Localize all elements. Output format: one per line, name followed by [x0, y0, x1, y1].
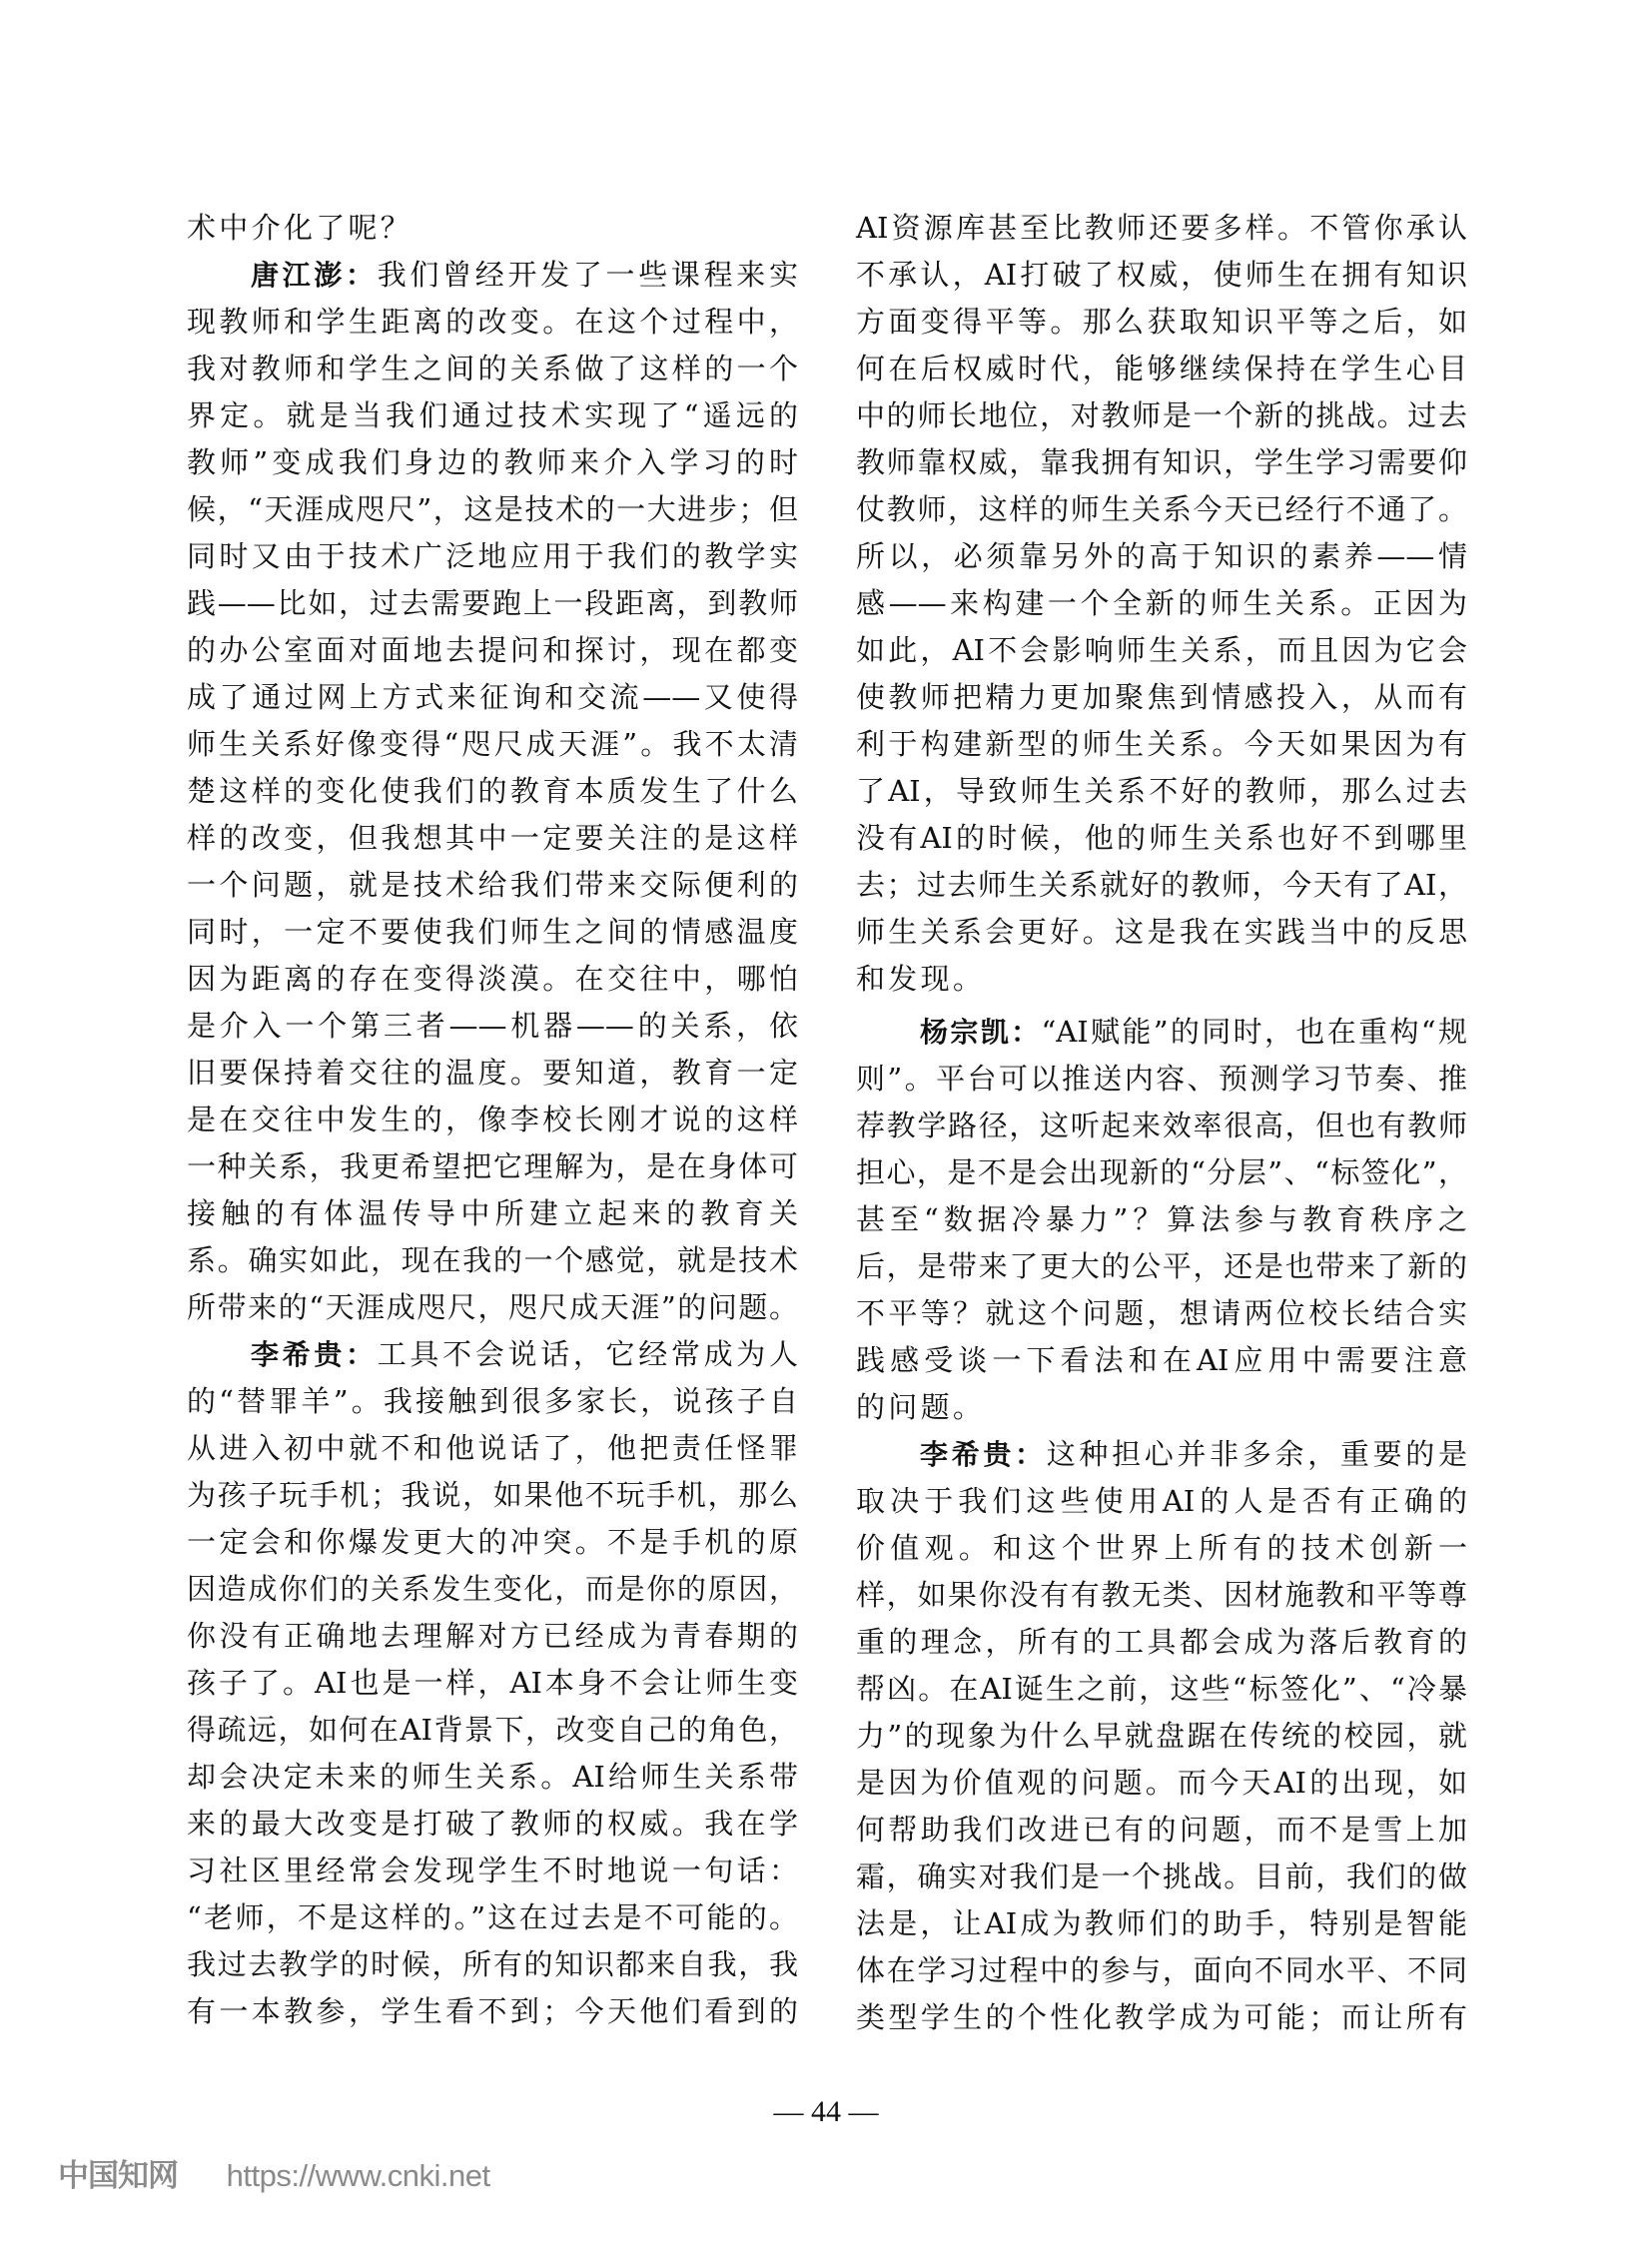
text-line: 是因为价值观的问题。而今天AI的出现，如 [856, 1760, 1467, 1807]
line-text: 却会决定未来的师生关系。AI给师生关系带 [187, 1760, 798, 1794]
text-line: 教师”变成我们身边的教师来介入学习的时 [187, 439, 798, 486]
text-line: 术中介化了呢？ [187, 205, 798, 252]
line-text: 是介入一个第三者——机器——的关系，依 [187, 1009, 798, 1043]
text-line: 后，是带来了更大的公平，还是也带来了新的 [856, 1243, 1467, 1290]
line-text: 则”。平台可以推送内容、预测学习节奏、推 [856, 1062, 1467, 1096]
text-line: 有一本教参，学生看不到；今天他们看到的 [187, 1988, 798, 2035]
text-line: 一定会和你爆发更大的冲突。不是手机的原 [187, 1519, 798, 1566]
line-text: 一定会和你爆发更大的冲突。不是手机的原 [187, 1525, 798, 1559]
text-line: 不承认，AI打破了权威，使师生在拥有知识 [856, 252, 1467, 299]
line-text: 我对教师和学生之间的关系做了这样的一个 [187, 352, 798, 385]
text-line: 楚这样的变化使我们的教育本质发生了什么 [187, 768, 798, 815]
text-line: 去；过去师生关系就好的教师，今天有了AI， [856, 862, 1467, 909]
line-text: 得疏远，如何在AI背景下，改变自己的角色， [187, 1713, 798, 1747]
line-text: 霜，确实对我们是一个挑战。目前，我们的做 [856, 1860, 1467, 1893]
text-line: 现教师和学生距离的改变。在这个过程中， [187, 299, 798, 346]
page-number: — 44 — [769, 2095, 883, 2129]
text-line: 系。确实如此，现在我的一个感觉，就是技术 [187, 1237, 798, 1284]
line-text: 师生关系好像变得“咫尺成天涯”。我不太清 [187, 727, 798, 761]
line-text: 候，“天涯成咫尺”，这是技术的一大进步；但 [187, 492, 798, 526]
text-line: 使教师把精力更加聚焦到情感投入，从而有 [856, 674, 1467, 721]
text-line: 我过去教学的时候，所有的知识都来自我，我 [187, 1941, 798, 1988]
line-text: 何帮助我们改进已有的问题，而不是雪上加 [856, 1813, 1467, 1847]
line-text: 界定。就是当我们通过技术实现了“遥远的 [187, 398, 798, 432]
text-line: 师生关系会更好。这是我在实践当中的反思 [856, 909, 1467, 956]
text-line: 我对教师和学生之间的关系做了这样的一个 [187, 346, 798, 392]
line-text: 你没有正确地去理解对方已经成为青春期的 [187, 1619, 798, 1653]
text-line: 候，“天涯成咫尺”，这是技术的一大进步；但 [187, 486, 798, 533]
line-text: 力”的现象为什么早就盘踞在传统的校园，就 [856, 1719, 1467, 1753]
text-line: 的“替罪羊”。我接触到很多家长，说孩子自 [187, 1378, 798, 1425]
text-line: 所带来的“天涯成咫尺，咫尺成天涯”的问题。 [187, 1284, 798, 1331]
text-line: 取决于我们这些使用AI的人是否有正确的 [856, 1478, 1467, 1525]
text-line: 践感受谈一下看法和在AI应用中需要注意 [856, 1337, 1467, 1384]
line-text: 有一本教参，学生看不到；今天他们看到的 [187, 1994, 798, 2028]
line-text: 楚这样的变化使我们的教育本质发生了什么 [187, 774, 798, 808]
text-line: 同时又由于技术广泛地应用于我们的教学实 [187, 533, 798, 580]
line-text: 是因为价值观的问题。而今天AI的出现，如 [856, 1766, 1467, 1800]
text-line: 来的最大改变是打破了教师的权威。我在学 [187, 1801, 798, 1848]
text-line: 同时，一定不要使我们师生之间的情感温度 [187, 909, 798, 956]
line-text: 践——比如，过去需要跑上一段距离，到教师 [187, 586, 798, 620]
line-text: 是在交往中发生的，像李校长刚才说的这样 [187, 1103, 798, 1136]
text-line: 力”的现象为什么早就盘踞在传统的校园，就 [856, 1713, 1467, 1760]
text-line: 样的改变，但我想其中一定要关注的是这样 [187, 815, 798, 862]
text-line: 法是，让AI成为教师们的助手，特别是智能 [856, 1900, 1467, 1947]
paragraph-start-line: 李希贵：这种担心并非多余，重要的是 [856, 1431, 1467, 1478]
text-line: 帮凶。在AI诞生之前，这些“标签化”、“冷暴 [856, 1666, 1467, 1713]
text-line: 为孩子玩手机；我说，如果他不玩手机，那么 [187, 1472, 798, 1519]
line-text: 因为距离的存在变得淡漠。在交往中，哪怕 [187, 962, 798, 996]
text-line: 践——比如，过去需要跑上一段距离，到教师 [187, 580, 798, 627]
text-line: 中的师长地位，对教师是一个新的挑战。过去 [856, 392, 1467, 439]
text-line: 不平等？就这个问题，想请两位校长结合实 [856, 1290, 1467, 1337]
text-line: 荐教学路径，这听起来效率很高，但也有教师 [856, 1103, 1467, 1149]
speaker-name: 杨宗凯： [920, 1016, 1041, 1049]
watermark-url-link[interactable]: https://www.cnki.net [227, 2158, 490, 2193]
line-text: 孩子了。AI也是一样，AI本身不会让师生变 [187, 1666, 798, 1700]
text-line: 一个问题，就是技术给我们带来交际便利的 [187, 862, 798, 909]
text-line: 重的理念，所有的工具都会成为落后教育的 [856, 1619, 1467, 1666]
watermark-site-name: 中国知网 [58, 2158, 178, 2193]
line-text: 旧要保持着交往的温度。要知道，教育一定 [187, 1056, 798, 1090]
text-line: 因造成你们的关系发生变化，而是你的原因， [187, 1566, 798, 1613]
line-text: 践感受谈一下看法和在AI应用中需要注意 [856, 1343, 1467, 1377]
speaker-name: 李希贵： [920, 1438, 1047, 1471]
line-text: 没有AI的时候，他的师生关系也好不到哪里 [856, 821, 1467, 855]
text-line: 成了通过网上方式来征询和交流——又使得 [187, 674, 798, 721]
line-text: 仗教师，这样的师生关系今天已经行不通了。 [856, 492, 1467, 526]
line-text: 教师”变成我们身边的教师来介入学习的时 [187, 445, 798, 479]
text-line: 所以，必须靠另外的高于知识的素养——情 [856, 533, 1467, 580]
text-line: 何帮助我们改进已有的问题，而不是雪上加 [856, 1807, 1467, 1854]
line-text: 同时又由于技术广泛地应用于我们的教学实 [187, 539, 798, 573]
line-text: AI资源库甚至比教师还要多样。不管你承认 [856, 211, 1467, 245]
text-line: 从进入初中就不和他说话了，他把责任怪罪 [187, 1425, 798, 1472]
line-text: 这种担心并非多余，重要的是 [1047, 1437, 1467, 1471]
line-text: 的办公室面对面地去提问和探讨，现在都变 [187, 633, 798, 667]
text-line: 则”。平台可以推送内容、预测学习节奏、推 [856, 1056, 1467, 1103]
line-text: 工具不会说话，它经常成为人 [378, 1337, 798, 1371]
line-text: 后，是带来了更大的公平，还是也带来了新的 [856, 1249, 1467, 1283]
line-text: 样的改变，但我想其中一定要关注的是这样 [187, 821, 798, 855]
line-text: 法是，让AI成为教师们的助手，特别是智能 [856, 1906, 1467, 1940]
text-line: 的办公室面对面地去提问和探讨，现在都变 [187, 627, 798, 674]
text-line: 仗教师，这样的师生关系今天已经行不通了。 [856, 486, 1467, 533]
text-line: 你没有正确地去理解对方已经成为青春期的 [187, 1613, 798, 1660]
text-line: 方面变得平等。那么获取知识平等之后，如 [856, 299, 1467, 346]
text-line: 体在学习过程中的参与，面向不同水平、不同 [856, 1947, 1467, 1994]
text-line: 没有AI的时候，他的师生关系也好不到哪里 [856, 815, 1467, 862]
text-line: 是在交往中发生的，像李校长刚才说的这样 [187, 1097, 798, 1143]
line-text: “AI赋能”的同时，也在重构“规 [1041, 1015, 1467, 1049]
line-text: 取决于我们这些使用AI的人是否有正确的 [856, 1484, 1467, 1518]
paragraph-start-line: 李希贵：工具不会说话，它经常成为人 [187, 1331, 798, 1378]
text-line: 师生关系好像变得“咫尺成天涯”。我不太清 [187, 721, 798, 768]
line-text: 同时，一定不要使我们师生之间的情感温度 [187, 915, 798, 949]
text-line: 因为距离的存在变得淡漠。在交往中，哪怕 [187, 956, 798, 1003]
right-text-column: AI资源库甚至比教师还要多样。不管你承认不承认，AI打破了权威，使师生在拥有知识… [856, 205, 1467, 2041]
text-line: 和发现。 [856, 956, 1467, 1003]
line-text: 一个问题，就是技术给我们带来交际便利的 [187, 868, 798, 902]
line-text: 教师靠权威，靠我拥有知识，学生学习需要仰 [856, 445, 1467, 479]
line-text: 价值观。和这个世界上所有的技术创新一 [856, 1531, 1467, 1565]
text-line: 是介入一个第三者——机器——的关系，依 [187, 1003, 798, 1050]
line-text: 体在学习过程中的参与，面向不同水平、不同 [856, 1953, 1467, 1987]
line-text: 来的最大改变是打破了教师的权威。我在学 [187, 1807, 798, 1841]
text-line: 担心，是不是会出现新的“分层”、“标签化”， [856, 1149, 1467, 1196]
line-text: 所以，必须靠另外的高于知识的素养——情 [856, 539, 1467, 573]
text-line: 一种关系，我更希望把它理解为，是在身体可 [187, 1143, 798, 1190]
text-line: 价值观。和这个世界上所有的技术创新一 [856, 1525, 1467, 1572]
line-text: “老师，不是这样的。”这在过去是不可能的。 [187, 1900, 798, 1934]
text-line: 如此，AI不会影响师生关系，而且因为它会 [856, 627, 1467, 674]
text-line: 了AI，导致师生关系不好的教师，那么过去 [856, 768, 1467, 815]
paragraph-start-line: 杨宗凯：“AI赋能”的同时，也在重构“规 [856, 1009, 1467, 1056]
text-line: 得疏远，如何在AI背景下，改变自己的角色， [187, 1707, 798, 1754]
text-line: “老师，不是这样的。”这在过去是不可能的。 [187, 1894, 798, 1941]
line-text: 甚至“数据冷暴力”？算法参与教育秩序之 [856, 1202, 1467, 1236]
paragraph-start-line: 唐江澎：我们曾经开发了一些课程来实 [187, 252, 798, 299]
line-text: 习社区里经常会发现学生不时地说一句话： [187, 1854, 798, 1887]
line-text: 不承认，AI打破了权威，使师生在拥有知识 [856, 258, 1467, 292]
line-text: 术中介化了呢？ [187, 211, 413, 245]
speaker-name: 唐江澎： [251, 259, 378, 292]
left-text-column: 术中介化了呢？唐江澎：我们曾经开发了一些课程来实现教师和学生距离的改变。在这个过… [187, 205, 798, 2035]
line-text: 使教师把精力更加聚焦到情感投入，从而有 [856, 680, 1467, 714]
line-text: 帮凶。在AI诞生之前，这些“标签化”、“冷暴 [856, 1672, 1467, 1706]
line-text: 不平等？就这个问题，想请两位校长结合实 [856, 1296, 1467, 1330]
line-text: 我过去教学的时候，所有的知识都来自我，我 [187, 1947, 798, 1981]
text-line: 界定。就是当我们通过技术实现了“遥远的 [187, 392, 798, 439]
line-text: 感——来构建一个全新的师生关系。正因为 [856, 586, 1467, 620]
line-text: 荐教学路径，这听起来效率很高，但也有教师 [856, 1109, 1467, 1142]
cnki-watermark[interactable]: 中国知网 https://www.cnki.net [58, 2157, 490, 2195]
text-line: 样，如果你没有有教无类、因材施教和平等尊 [856, 1572, 1467, 1619]
line-text: 重的理念，所有的工具都会成为落后教育的 [856, 1625, 1467, 1659]
line-text: 师生关系会更好。这是我在实践当中的反思 [856, 915, 1467, 949]
text-line: 的问题。 [856, 1384, 1467, 1431]
text-line: 利于构建新型的师生关系。今天如果因为有 [856, 721, 1467, 768]
line-text: 从进入初中就不和他说话了，他把责任怪罪 [187, 1431, 798, 1465]
text-line: 类型学生的个性化教学成为可能；而让所有 [856, 1994, 1467, 2041]
line-text: 成了通过网上方式来征询和交流——又使得 [187, 680, 798, 714]
text-line: 孩子了。AI也是一样，AI本身不会让师生变 [187, 1660, 798, 1707]
text-line: 甚至“数据冷暴力”？算法参与教育秩序之 [856, 1196, 1467, 1243]
line-text: 系。确实如此，现在我的一个感觉，就是技术 [187, 1243, 798, 1277]
line-text: 样，如果你没有有教无类、因材施教和平等尊 [856, 1578, 1467, 1612]
text-line: 感——来构建一个全新的师生关系。正因为 [856, 580, 1467, 627]
line-text: 方面变得平等。那么获取知识平等之后，如 [856, 305, 1467, 339]
line-text: 我们曾经开发了一些课程来实 [378, 258, 798, 292]
line-text: 了AI，导致师生关系不好的教师，那么过去 [856, 774, 1467, 808]
line-text: 担心，是不是会出现新的“分层”、“标签化”， [856, 1155, 1467, 1189]
line-text: 的“替罪羊”。我接触到很多家长，说孩子自 [187, 1384, 798, 1418]
text-line: 霜，确实对我们是一个挑战。目前，我们的做 [856, 1854, 1467, 1900]
line-text: 接触的有体温传导中所建立起来的教育关 [187, 1196, 798, 1230]
line-text: 的问题。 [856, 1390, 985, 1424]
line-text: 中的师长地位，对教师是一个新的挑战。过去 [856, 398, 1467, 432]
line-text: 类型学生的个性化教学成为可能；而让所有 [856, 2000, 1467, 2034]
line-text: 如此，AI不会影响师生关系，而且因为它会 [856, 633, 1467, 667]
line-text: 和发现。 [856, 962, 985, 996]
text-line: 接触的有体温传导中所建立起来的教育关 [187, 1190, 798, 1237]
line-text: 因造成你们的关系发生变化，而是你的原因， [187, 1572, 798, 1606]
text-line: 教师靠权威，靠我拥有知识，学生学习需要仰 [856, 439, 1467, 486]
line-text: 一种关系，我更希望把它理解为，是在身体可 [187, 1149, 798, 1183]
line-text: 利于构建新型的师生关系。今天如果因为有 [856, 727, 1467, 761]
text-line: 何在后权威时代，能够继续保持在学生心目 [856, 346, 1467, 392]
text-line: 却会决定未来的师生关系。AI给师生关系带 [187, 1754, 798, 1801]
line-text: 为孩子玩手机；我说，如果他不玩手机，那么 [187, 1478, 798, 1512]
text-line: AI资源库甚至比教师还要多样。不管你承认 [856, 205, 1467, 252]
text-line: 习社区里经常会发现学生不时地说一句话： [187, 1848, 798, 1894]
line-text: 何在后权威时代，能够继续保持在学生心目 [856, 352, 1467, 385]
line-text: 去；过去师生关系就好的教师，今天有了AI， [856, 868, 1467, 902]
line-text: 所带来的“天涯成咫尺，咫尺成天涯”的问题。 [187, 1290, 798, 1324]
speaker-name: 李希贵： [251, 1338, 378, 1371]
line-text: 现教师和学生距离的改变。在这个过程中， [187, 305, 798, 339]
text-line: 旧要保持着交往的温度。要知道，教育一定 [187, 1050, 798, 1097]
